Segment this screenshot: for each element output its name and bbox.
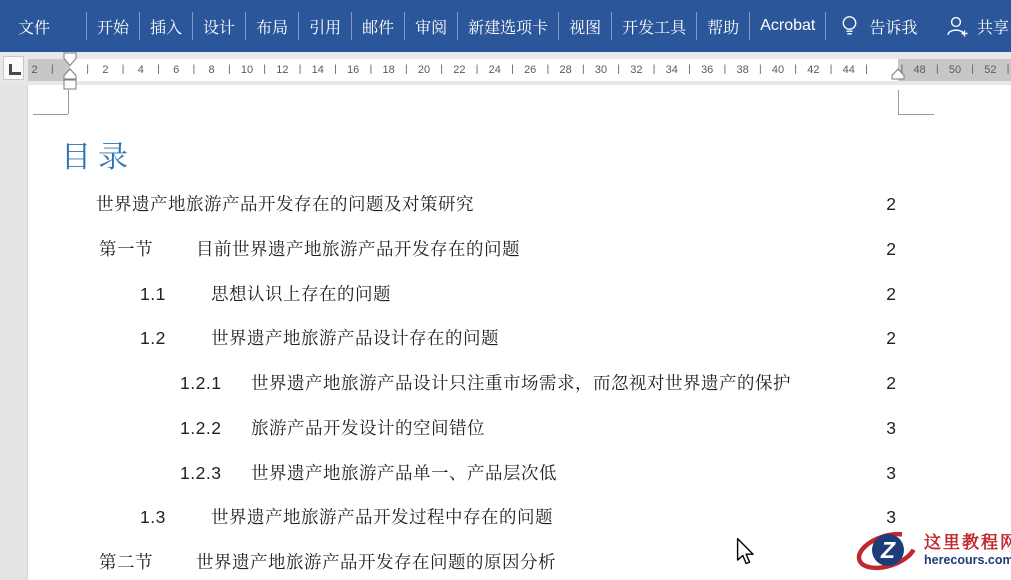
ruler-tick: | — [617, 59, 620, 81]
ruler-number: 12 — [276, 59, 288, 81]
toc-entry-page-number: 2 — [808, 371, 896, 395]
tell-me-label: 告诉我 — [869, 15, 917, 38]
ruler-number: 4 — [138, 59, 144, 81]
ruler-band: ||||||||||||||||||||||||||||246810121416… — [28, 59, 1011, 81]
ruler-tick: | — [86, 59, 89, 81]
tab-separator — [825, 12, 826, 40]
ruler-number: 52 — [984, 59, 996, 81]
left-tab-stop-icon — [9, 64, 21, 75]
toc-entry[interactable]: 第一节目前世界遗产地旅游产品开发存在的问题2 — [28, 237, 1011, 261]
tell-me-button[interactable]: 告诉我 — [840, 15, 917, 38]
ribbon-tab-bar: 文件开始插入设计布局引用邮件审阅新建选项卡视图开发工具帮助Acrobat 告诉我… — [0, 0, 1011, 52]
ruler-number: 14 — [312, 59, 324, 81]
ruler-tick: | — [440, 59, 443, 81]
tab-stop-selector[interactable] — [3, 56, 24, 80]
toc-entry-text: 世界遗产地旅游产品单一、产品层次低 — [251, 461, 557, 485]
margin-crop-mark — [898, 114, 934, 115]
ruler-number: 36 — [701, 59, 713, 81]
ribbon-tab-6[interactable]: 邮件 — [352, 0, 404, 52]
ruler-tick: | — [688, 59, 691, 81]
ruler: ||||||||||||||||||||||||||||246810121416… — [0, 52, 1011, 85]
watermark-site-url: herecours.com — [924, 553, 1011, 568]
left-indent-marker[interactable] — [63, 79, 77, 90]
add-person-icon — [945, 15, 969, 37]
first-line-indent-marker[interactable] — [63, 52, 77, 67]
ruler-number: 48 — [913, 59, 925, 81]
ruler-tick: | — [794, 59, 797, 81]
ruler-tick: | — [653, 59, 656, 81]
ribbon-tab-5[interactable]: 引用 — [299, 0, 351, 52]
toc-entry-text: 世界遗产地旅游产品设计只注重市场需求，而忽视对世界遗产的保护 — [251, 371, 791, 395]
margin-crop-mark — [33, 114, 68, 115]
ruler-tick: | — [263, 59, 266, 81]
ruler-number: 16 — [347, 59, 359, 81]
logo-monogram: Z — [880, 537, 896, 563]
toc-entry-number: 第二节 — [99, 550, 153, 574]
ruler-tick: | — [547, 59, 550, 81]
ruler-tick: | — [865, 59, 868, 81]
toc-title[interactable]: 目录 — [61, 140, 135, 176]
ribbon-tab-2[interactable]: 插入 — [140, 0, 192, 52]
ruler-number: 22 — [453, 59, 465, 81]
ruler-number: 50 — [949, 59, 961, 81]
ribbon-tab-1[interactable]: 开始 — [87, 0, 139, 52]
ruler-number: 18 — [382, 59, 394, 81]
ruler-tick: | — [511, 59, 514, 81]
ruler-tick: | — [157, 59, 160, 81]
ruler-tick: | — [51, 59, 54, 81]
ruler-tick: | — [582, 59, 585, 81]
toc-entry[interactable]: 1.2.1世界遗产地旅游产品设计只注重市场需求，而忽视对世界遗产的保护2 — [28, 371, 1011, 395]
ribbon-tab-file[interactable]: 文件 — [4, 0, 64, 52]
right-indent-marker[interactable] — [891, 68, 905, 80]
toc-entry-number: 1.3 — [140, 505, 166, 529]
toc-entry-text: 世界遗产地旅游产品开发存在问题的原因分析 — [196, 550, 556, 574]
ruler-tick: | — [936, 59, 939, 81]
ribbon-tab-8[interactable]: 新建选项卡 — [458, 0, 558, 52]
ruler-margin-number: 2 — [32, 59, 38, 81]
toc-entry-text: 世界遗产地旅游产品开发存在的问题及对策研究 — [96, 192, 474, 216]
ruler-number: 44 — [843, 59, 855, 81]
toc-entry[interactable]: 世界遗产地旅游产品开发存在的问题及对策研究2 — [28, 192, 1011, 216]
toc-entry-text: 目前世界遗产地旅游产品开发存在的问题 — [196, 237, 520, 261]
ruler-number: 20 — [418, 59, 430, 81]
toc-entry[interactable]: 1.1思想认识上存在的问题2 — [28, 282, 1011, 306]
ruler-number: 6 — [173, 59, 179, 81]
ruler-number: 40 — [772, 59, 784, 81]
ruler-tick: | — [971, 59, 974, 81]
mouse-cursor-icon — [736, 537, 755, 567]
watermark: Z 这里教程网 herecours.com — [856, 521, 1011, 579]
ribbon-tab-12[interactable]: Acrobat — [750, 0, 825, 52]
watermark-site-name: 这里教程网 — [924, 533, 1011, 553]
toc-entry[interactable]: 1.2.2旅游产品开发设计的空间错位3 — [28, 416, 1011, 440]
ruler-number: 8 — [209, 59, 215, 81]
margin-crop-mark — [898, 90, 899, 114]
ribbon-tab-9[interactable]: 视图 — [559, 0, 611, 52]
ribbon-tab-10[interactable]: 开发工具 — [612, 0, 696, 52]
toc-entry-page-number: 2 — [808, 326, 896, 350]
toc-entry-text: 世界遗产地旅游产品开发过程中存在的问题 — [211, 505, 553, 529]
toc-entry-page-number: 3 — [808, 416, 896, 440]
toc-entry-page-number: 2 — [808, 237, 896, 261]
ruler-number: 24 — [489, 59, 501, 81]
ruler-tick: | — [476, 59, 479, 81]
ruler-number: 10 — [241, 59, 253, 81]
toc-entry-page-number: 3 — [808, 461, 896, 485]
toc-entry-text: 世界遗产地旅游产品设计存在的问题 — [211, 326, 499, 350]
toc-entry-number: 第一节 — [99, 237, 153, 261]
margin-crop-mark — [68, 90, 69, 114]
toc-entry-number: 1.2.1 — [180, 371, 221, 395]
ruler-number: 34 — [666, 59, 678, 81]
toc-entry-page-number: 2 — [808, 192, 896, 216]
document-page[interactable]: 目录 世界遗产地旅游产品开发存在的问题及对策研究2第一节目前世界遗产地旅游产品开… — [28, 85, 1011, 580]
document-background-strip — [0, 85, 28, 580]
ruler-tick: | — [228, 59, 231, 81]
ruler-tick: | — [1007, 59, 1010, 81]
site-logo: Z — [856, 521, 920, 579]
share-button[interactable]: 共享 — [945, 15, 1011, 38]
ruler-tick: | — [193, 59, 196, 81]
ribbon-tab-7[interactable]: 审阅 — [405, 0, 457, 52]
ruler-number: 42 — [807, 59, 819, 81]
ruler-tick: | — [334, 59, 337, 81]
ruler-number: 32 — [630, 59, 642, 81]
toc-entry-number: 1.1 — [140, 282, 166, 306]
ruler-tick: | — [759, 59, 762, 81]
ruler-tick: | — [370, 59, 373, 81]
toc-entry-text: 旅游产品开发设计的空间错位 — [251, 416, 485, 440]
toc-entry-number: 1.2.2 — [180, 416, 221, 440]
toc-entry[interactable]: 1.2世界遗产地旅游产品设计存在的问题2 — [28, 326, 1011, 350]
ruler-ticks: ||||||||||||||||||||||||||||246810121416… — [28, 59, 1011, 81]
ruler-number: 2 — [102, 59, 108, 81]
toc-entry-number: 1.2.3 — [180, 461, 221, 485]
ribbon-tab-11[interactable]: 帮助 — [697, 0, 749, 52]
ruler-number: 38 — [736, 59, 748, 81]
ribbon-tab-3[interactable]: 设计 — [193, 0, 245, 52]
ruler-tick: | — [122, 59, 125, 81]
ruler-tick: | — [830, 59, 833, 81]
toc-entry-text: 思想认识上存在的问题 — [211, 282, 391, 306]
ribbon-tab-4[interactable]: 布局 — [246, 0, 298, 52]
ruler-number: 26 — [524, 59, 536, 81]
ruler-tick: | — [724, 59, 727, 81]
share-label: 共享 — [977, 15, 1009, 38]
toc-entry-page-number: 2 — [808, 282, 896, 306]
toc-entry-number: 1.2 — [140, 326, 166, 350]
toc-entry[interactable]: 1.2.3世界遗产地旅游产品单一、产品层次低3 — [28, 461, 1011, 485]
ruler-tick: | — [299, 59, 302, 81]
ruler-tick: | — [405, 59, 408, 81]
ruler-number: 28 — [559, 59, 571, 81]
ribbon-tabs: 文件开始插入设计布局引用邮件审阅新建选项卡视图开发工具帮助Acrobat — [0, 0, 825, 52]
ruler-number: 30 — [595, 59, 607, 81]
lightbulb-icon — [840, 15, 859, 37]
